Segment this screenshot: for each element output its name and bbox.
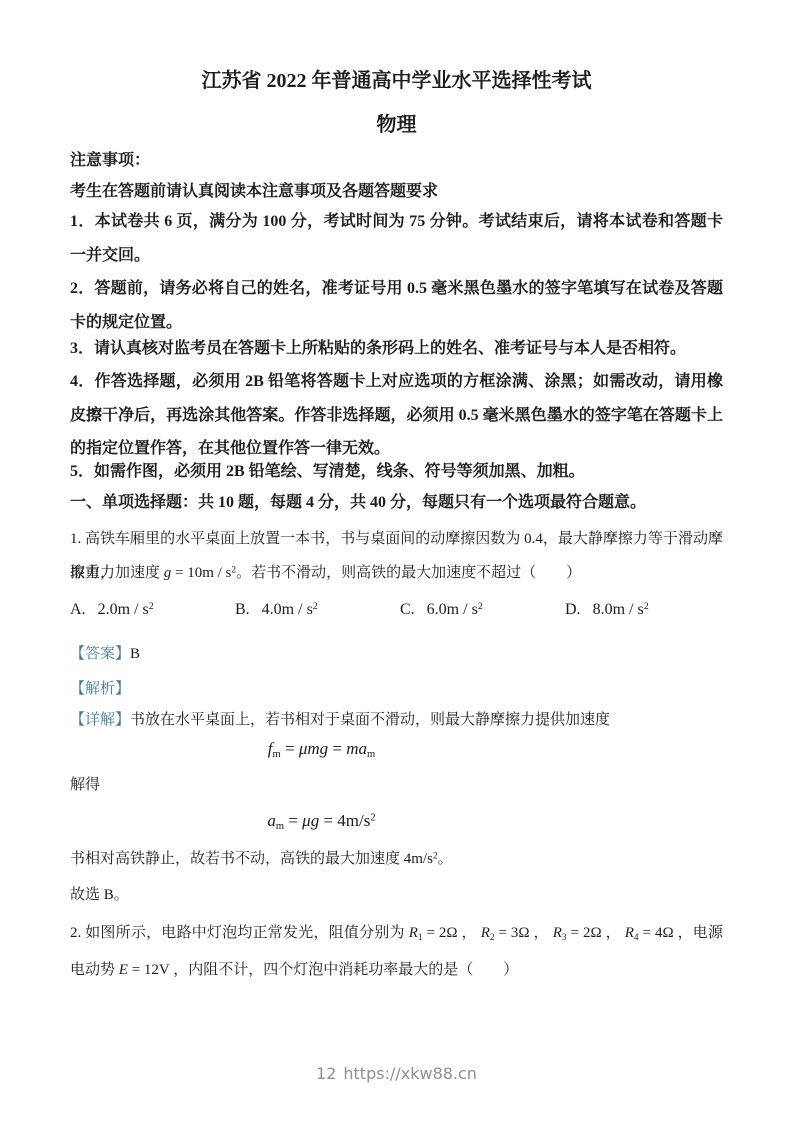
option-a-value: 2.0m / s2 — [98, 601, 154, 618]
option-c-value: 6.0m / s2 — [427, 601, 483, 618]
section-one-heading: 一、单项选择题：共 10 题，每题 4 分，共 40 分，每题只有一个选项最符合… — [70, 488, 723, 518]
question1-options-row: A.2.0m / s2 B.4.0m / s2 C.6.0m / s2 D.8.… — [70, 594, 723, 626]
formula-acceleration: am = μg = 4m/s2 — [70, 806, 573, 836]
option-c-label: C. — [400, 601, 415, 618]
answer-line: 【答案】B — [70, 638, 723, 670]
option-a: A.2.0m / s2 — [70, 594, 235, 626]
option-c: C.6.0m / s2 — [400, 594, 565, 626]
option-b-value: 4.0m / s2 — [262, 601, 318, 618]
exam-subject-title: 物理 — [70, 110, 723, 140]
exam-document-page: 江苏省 2022 年普通高中学业水平选择性考试 物理 注意事项： 考生在答题前请… — [0, 0, 793, 1122]
notice-item-4: 4．作答选择题，必须用 2B 铅笔将答题卡上对应选项的方框涂满、涂黑；如需改动，… — [70, 365, 723, 466]
page-footer: 12https://xkw88.cn — [0, 1064, 793, 1083]
detail-line: 【详解】书放在水平桌面上，若书相对于桌面不滑动，则最大静摩擦力提供加速度 — [70, 704, 723, 736]
conclusion-line: 书相对高铁静止，故若书不动，高铁的最大加速度 4m/s2。 — [70, 843, 723, 875]
notice-heading: 注意事项： — [70, 147, 723, 175]
analysis-label: 【解析】 — [70, 681, 130, 697]
notice-item-5: 5．如需作图，必须用 2B 铅笔绘、写清楚，线条、符号等须加黑、加粗。 — [70, 455, 723, 489]
notice-item-2: 2．答题前，请务必将自己的姓名，准考证号用 0.5 毫米黑色墨水的签字笔填写在试… — [70, 272, 723, 339]
page-number: 12 — [316, 1064, 336, 1083]
option-a-label: A. — [70, 601, 86, 618]
notice-item-1: 1．本试卷共 6 页，满分为 100 分，考试时间为 75 分钟。考试结束后，请… — [70, 205, 723, 272]
answer-value: B — [130, 646, 140, 662]
notice-item-3: 3．请认真核对监考员在答题卡上所粘贴的条形码上的姓名、准考证号与本人是否相符。 — [70, 332, 723, 366]
detail-label: 【详解】 — [70, 712, 130, 728]
footer-url: https://xkw88.cn — [343, 1064, 477, 1083]
solve-text: 解得 — [70, 770, 723, 800]
option-d: D.8.0m / s2 — [565, 594, 649, 626]
choice-line: 故选 B。 — [70, 880, 723, 910]
document-content: 江苏省 2022 年普通高中学业水平选择性考试 物理 注意事项： 考生在答题前请… — [70, 0, 723, 1122]
option-d-value: 8.0m / s2 — [593, 601, 649, 618]
question1-stem-line2: 取重力加速度 g = 10m / s2。若书不滑动，则高铁的最大加速度不超过（ … — [70, 555, 723, 591]
question2-stem: 2. 如图所示，电路中灯泡均正常发光，阻值分别为 R1 = 2Ω ， R2 = … — [70, 915, 723, 989]
option-b-label: B. — [235, 601, 250, 618]
formula-friction: fm = μmg = mam — [70, 734, 573, 764]
detail-text: 书放在水平桌面上，若书相对于桌面不滑动，则最大静摩擦力提供加速度 — [130, 712, 610, 728]
option-b: B.4.0m / s2 — [235, 594, 400, 626]
analysis-line: 【解析】 — [70, 673, 723, 705]
exam-title: 江苏省 2022 年普通高中学业水平选择性考试 — [70, 66, 723, 96]
option-d-label: D. — [565, 601, 581, 618]
answer-label: 【答案】 — [70, 646, 130, 662]
notice-intro: 考生在答题前请认真阅读本注意事项及各题答题要求 — [70, 177, 723, 207]
